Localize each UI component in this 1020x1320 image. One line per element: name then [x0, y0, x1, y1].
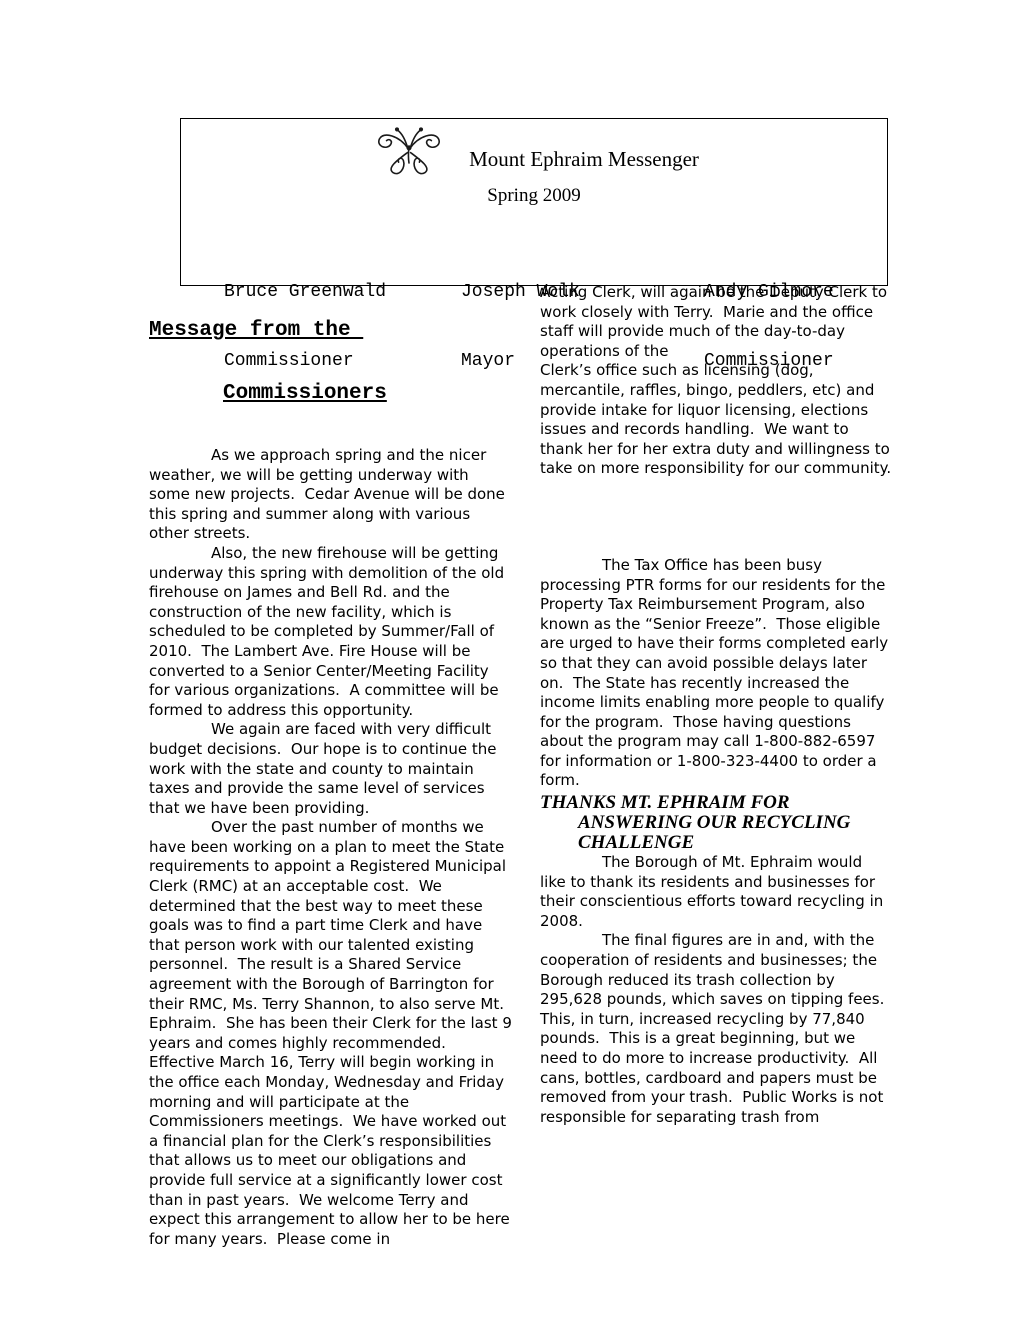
- recycling-heading-line2: ANSWERING OUR RECYCLING: [540, 813, 892, 833]
- butterfly-flourish-icon: [369, 123, 449, 179]
- newsletter-page: Mount Ephraim Messenger Spring 2009 Bruc…: [0, 0, 1020, 1320]
- paragraph-budget: We again are faced with very difficult b…: [149, 720, 513, 818]
- paragraph-acting-clerk: Acting Clerk, will again be the Deputy C…: [540, 283, 892, 361]
- paragraph-clerk-office: Clerk’s office such as licensing (dog, m…: [540, 361, 892, 479]
- masthead-box: Mount Ephraim Messenger Spring 2009 Bruc…: [180, 118, 888, 286]
- message-heading-line2: Commissioners: [149, 383, 513, 404]
- message-heading-line1: Message from the: [149, 320, 513, 341]
- masthead-title-row: Mount Ephraim Messenger: [181, 123, 887, 179]
- left-column: Message from the Commissioners As we app…: [149, 278, 513, 1249]
- paragraph-recycling-figures: The final figures are in and, with the c…: [540, 931, 892, 1127]
- paragraph-projects: As we approach spring and the nicer weat…: [149, 446, 513, 544]
- right-column: Acting Clerk, will again be the Deputy C…: [540, 283, 892, 1127]
- recycling-heading-line3: CHALLENGE: [540, 833, 892, 853]
- recycling-heading-line1: THANKS MT. EPHRAIM FOR: [540, 793, 892, 813]
- newsletter-title: Mount Ephraim Messenger: [469, 147, 699, 171]
- newsletter-issue: Spring 2009: [181, 185, 887, 207]
- recycling-heading: THANKS MT. EPHRAIM FOR ANSWERING OUR REC…: [540, 793, 892, 853]
- paragraph-recycling-thanks: The Borough of Mt. Ephraim would like to…: [540, 853, 892, 931]
- paragraph-clerk-plan: Over the past number of months we have b…: [149, 818, 513, 1249]
- message-heading: Message from the Commissioners: [149, 278, 513, 446]
- paragraph-tax-office: The Tax Office has been busy processing …: [540, 556, 892, 791]
- paragraph-firehouse: Also, the new firehouse will be getting …: [149, 544, 513, 720]
